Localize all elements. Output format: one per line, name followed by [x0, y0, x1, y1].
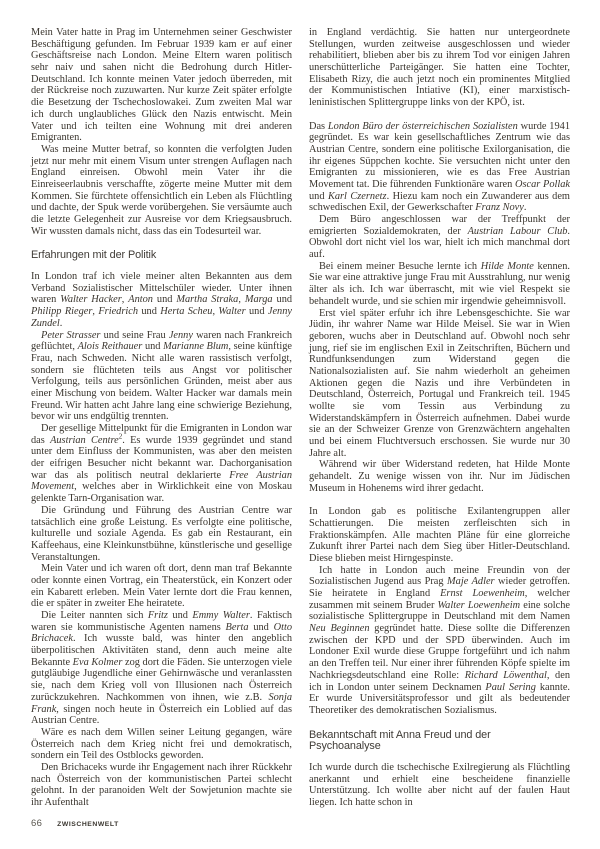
text-columns: Mein Vater hatte in Prag im Unternehmen …	[31, 27, 570, 809]
section-heading: Bekanntschaft mit Anna Freud und der Psy…	[309, 730, 560, 753]
paragraph: Der gesellige Mittelpunkt für die Emigra…	[31, 423, 292, 505]
paragraph: Das London Büro der österreichischen Soz…	[309, 121, 570, 215]
page-number: 66	[31, 818, 42, 829]
paragraph: Peter Strasser und seine Frau Jenny ware…	[31, 330, 292, 424]
paragraph: Was meine Mutter betraf, so konnten die …	[31, 144, 292, 238]
paragraph: Dem Büro angeschlossen war der Treffpunk…	[309, 214, 570, 261]
paragraph: Mein Vater und ich waren oft dort, denn …	[31, 563, 292, 610]
paragraph: Mein Vater hatte in Prag im Unternehmen …	[31, 27, 292, 144]
paragraph: Die Leiter nannten sich Fritz und Emmy W…	[31, 610, 292, 727]
paragraph: Bei einem meiner Besuche lernte ich Hild…	[309, 261, 570, 308]
paragraph: Die Gründung und Führung des Austrian Ce…	[31, 505, 292, 563]
paragraph: In London traf ich viele meiner alten Be…	[31, 271, 292, 329]
paragraph: Ich wurde durch die tschechische Exilreg…	[309, 762, 570, 809]
paragraph: Den Brichaceks wurde ihr Engagement nach…	[31, 762, 292, 809]
book-page: Mein Vater hatte in Prag im Unternehmen …	[0, 0, 600, 849]
paragraph: Während wir über Widerstand redeten, hat…	[309, 459, 570, 494]
paragraph: Erst viel später erfuhr ich ihre Lebensg…	[309, 308, 570, 460]
journal-name: ZWISCHENWELT	[57, 821, 119, 828]
text-column-left: Mein Vater hatte in Prag im Unternehmen …	[31, 27, 292, 809]
paragraph: Ich hatte in London auch meine Freundin …	[309, 565, 570, 717]
section-heading: Erfahrungen mit der Politik	[31, 250, 282, 262]
text-column-right: in England verdächtig. Sie hatten nur un…	[309, 27, 570, 809]
paragraph: in England verdächtig. Sie hatten nur un…	[309, 27, 570, 109]
paragraph: In London gab es politische Exilantengru…	[309, 506, 570, 564]
paragraph: Wäre es nach dem Willen seiner Leitung g…	[31, 727, 292, 762]
page-footer: 66 ZWISCHENWELT	[31, 818, 119, 829]
